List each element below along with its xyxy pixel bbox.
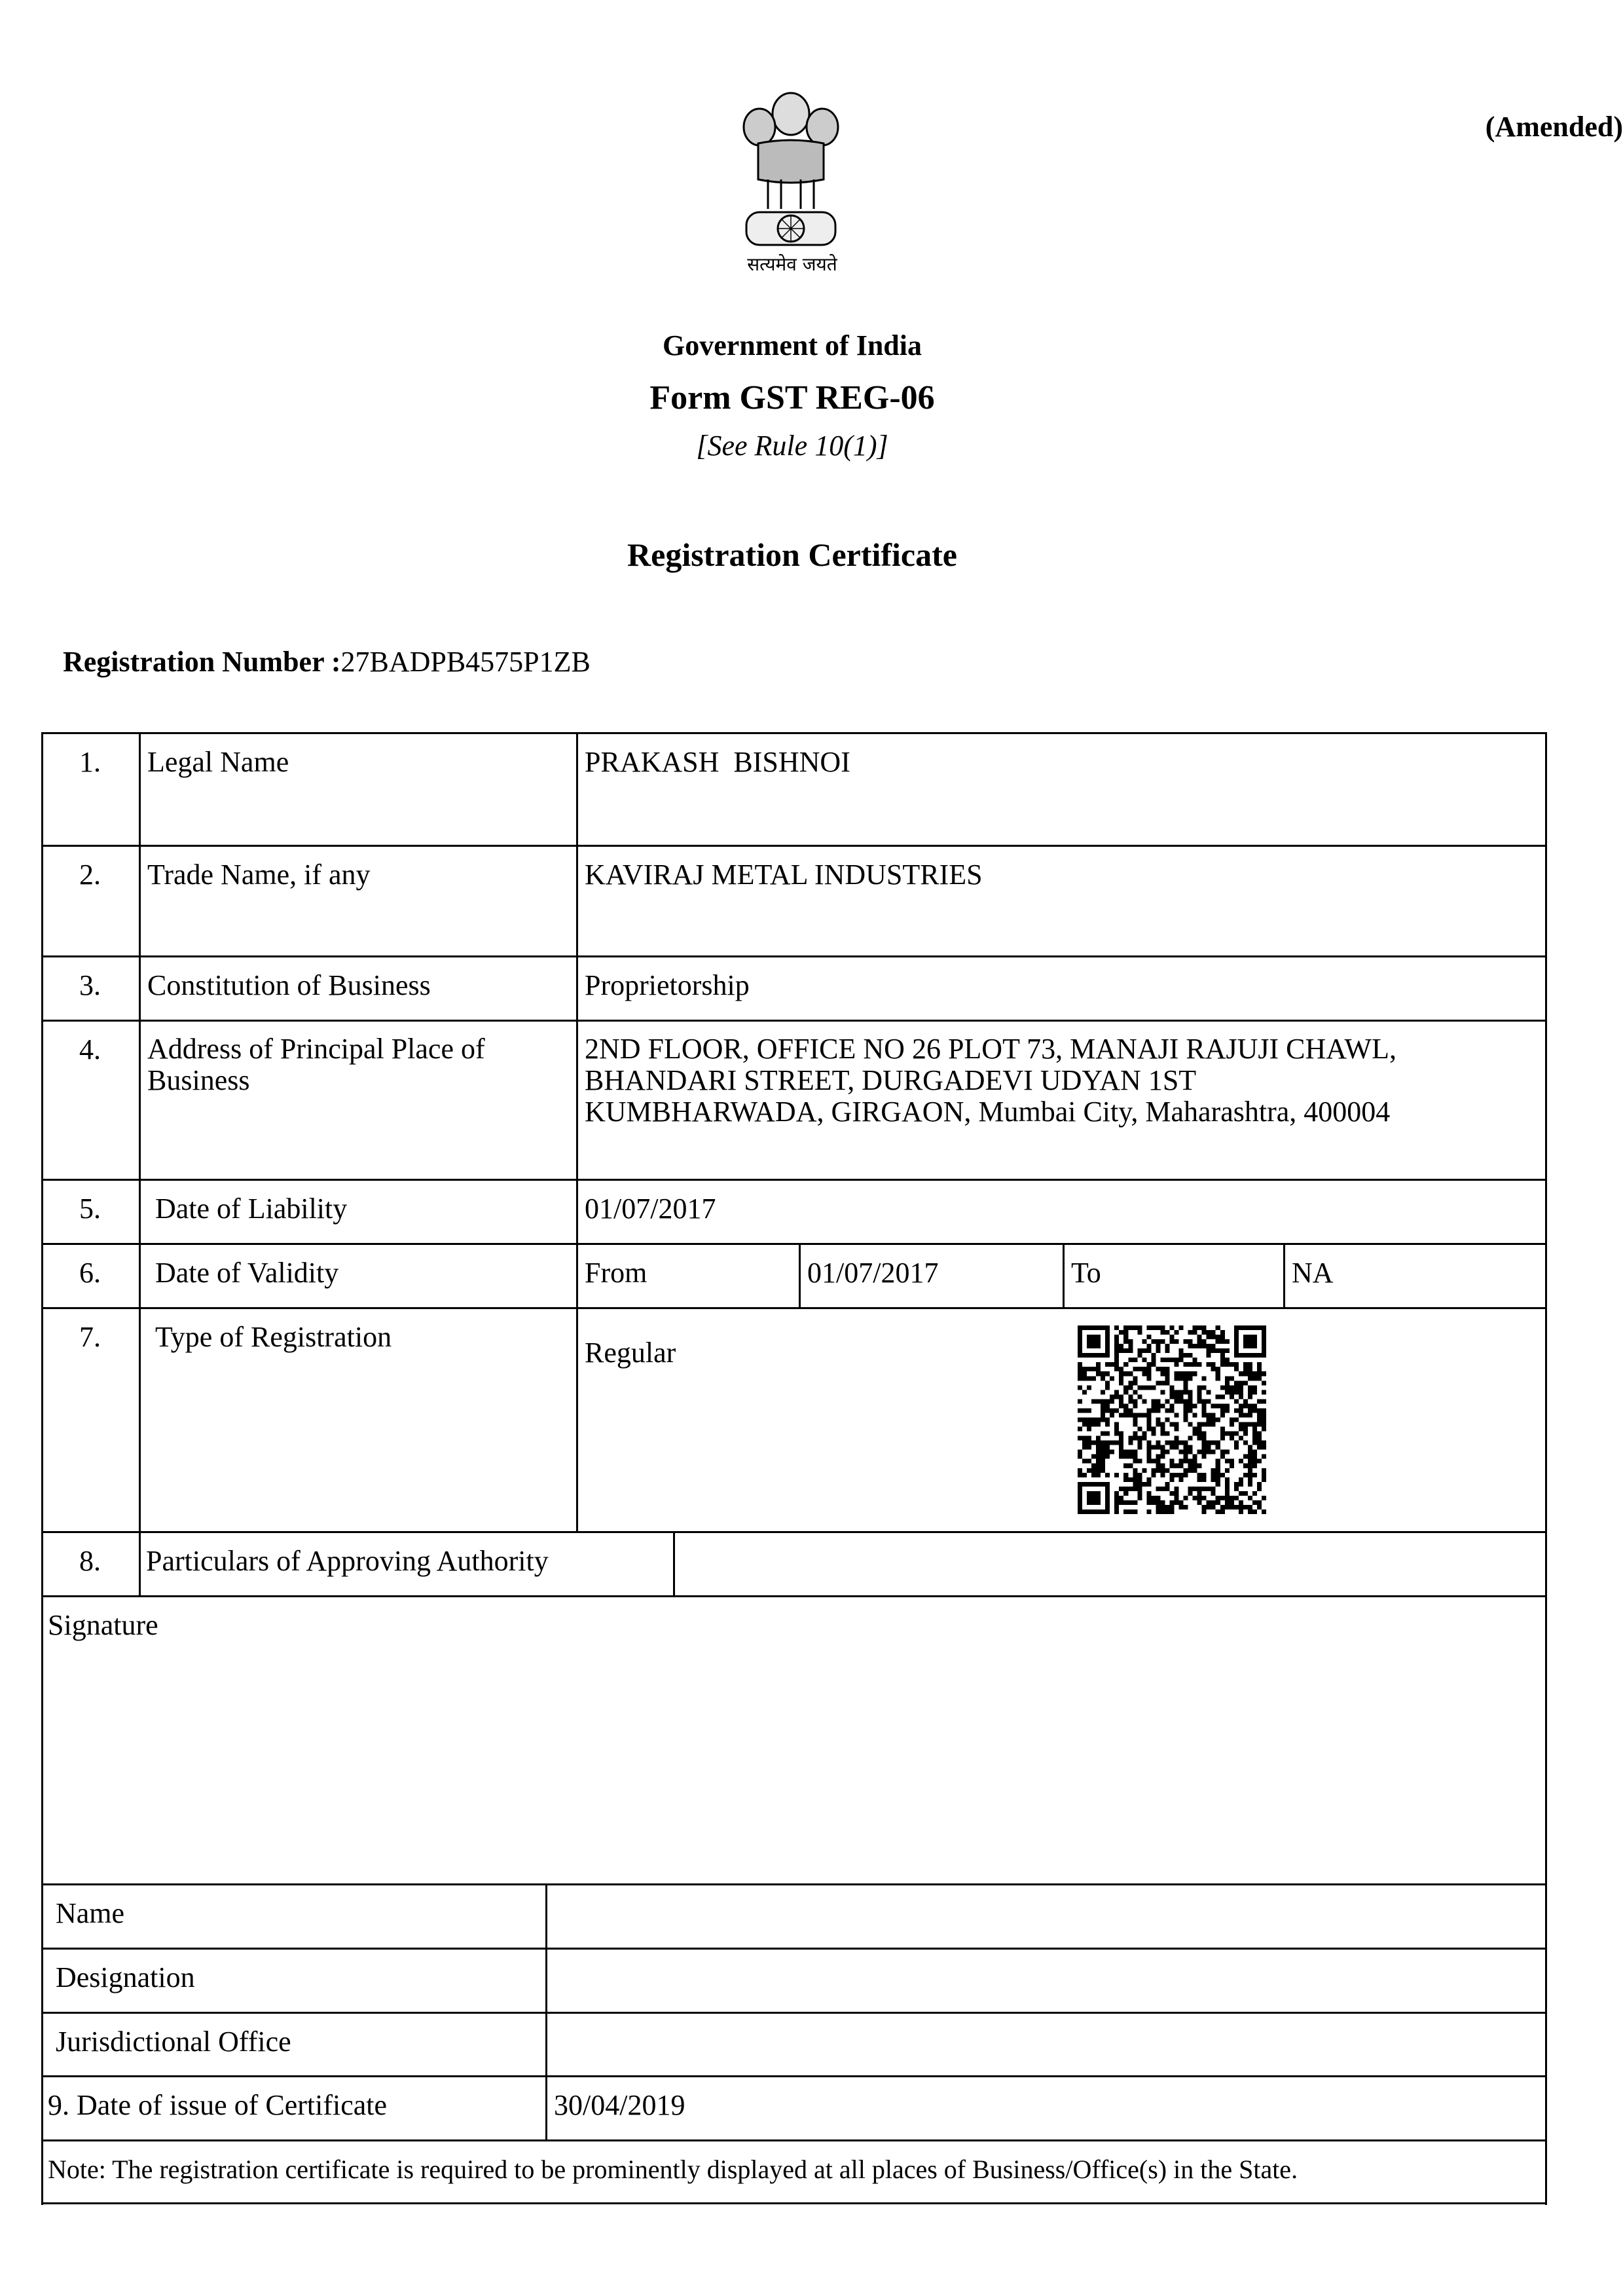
row-number: 7. — [41, 1309, 139, 1531]
validity-from-label: From — [576, 1245, 799, 1307]
table-row-constitution: 3. Constitution of Business Proprietorsh… — [41, 955, 1547, 1020]
address-line-2: BHANDARI STREET, DURGADEVI UDYAN 1ST — [585, 1065, 1547, 1096]
address-line-1: 2ND FLOOR, OFFICE NO 26 PLOT 73, MANAJI … — [585, 1033, 1547, 1065]
table-row-date-of-validity: 6. Date of Validity From 01/07/2017 To N… — [41, 1243, 1547, 1307]
table-row-authority-name: Name — [41, 1883, 1547, 1948]
table-row-approving-authority: 8. Particulars of Approving Authority — [41, 1531, 1547, 1595]
registration-type-value: Regular — [576, 1309, 1547, 1531]
registration-number-label: Registration Number : — [63, 646, 340, 678]
row-number: 2. — [41, 847, 139, 955]
row-number: 4. — [41, 1022, 139, 1179]
date-of-liability-value: 01/07/2017 — [576, 1181, 1547, 1243]
approving-authority-value — [673, 1533, 1547, 1595]
table-row-address: 4. Address of Principal Place of Busines… — [41, 1020, 1547, 1179]
row-number: 1. — [41, 734, 139, 845]
amended-label: (Amended) — [1486, 110, 1623, 143]
signature-block: Signature — [41, 1595, 1547, 1883]
government-heading: Government of India — [0, 329, 1584, 362]
authority-name-value — [545, 1885, 1547, 1948]
row-label: Trade Name, if any — [139, 847, 576, 955]
signature-label: Signature — [41, 1597, 1547, 1883]
row-label: Particulars of Approving Authority — [139, 1533, 673, 1595]
address-line-3: KUMBHARWADA, GIRGAON, Mumbai City, Mahar… — [585, 1096, 1547, 1128]
row-number: 5. — [41, 1181, 139, 1243]
row-number: 8. — [41, 1533, 139, 1595]
emblem-motto: सत्यमेव जयते — [714, 251, 871, 276]
legal-name-value: PRAKASH BISHNOI — [576, 734, 1547, 845]
constitution-value: Proprietorship — [576, 957, 1547, 1020]
table-row-legal-name: 1. Legal Name PRAKASH BISHNOI — [41, 732, 1547, 845]
rule-reference: [See Rule 10(1)] — [0, 429, 1584, 462]
table-row-jurisdictional-office: Jurisdictional Office — [41, 2012, 1547, 2075]
table-row-note: Note: The registration certificate is re… — [41, 2139, 1547, 2204]
validity-to-label: To — [1063, 1245, 1283, 1307]
row-label: Address of Principal Place of Business — [139, 1022, 576, 1179]
table-row-trade-name: 2. Trade Name, if any KAVIRAJ METAL INDU… — [41, 845, 1547, 955]
row-label: Constitution of Business — [139, 957, 576, 1020]
row-label: Type of Registration — [139, 1309, 576, 1531]
row-number: 6. — [41, 1245, 139, 1307]
certificate-title: Registration Certificate — [0, 536, 1584, 574]
registration-number-value: 27BADPB4575P1ZB — [340, 646, 590, 678]
trade-name-value: KAVIRAJ METAL INDUSTRIES — [576, 847, 1547, 955]
authority-designation-value — [545, 1950, 1547, 2012]
date-of-issue-value: 30/04/2019 — [545, 2077, 1547, 2139]
form-title: Form GST REG-06 — [0, 379, 1584, 417]
jurisdictional-office-label: Jurisdictional Office — [41, 2014, 545, 2075]
validity-from-value: 01/07/2017 — [799, 1245, 1063, 1307]
date-of-issue-label: 9. Date of issue of Certificate — [41, 2077, 545, 2139]
table-row-date-of-liability: 5. Date of Liability 01/07/2017 — [41, 1179, 1547, 1243]
national-emblem-icon — [732, 81, 850, 258]
authority-name-label: Name — [41, 1885, 545, 1948]
row-label: Date of Liability — [139, 1181, 576, 1243]
table-row-date-of-issue: 9. Date of issue of Certificate 30/04/20… — [41, 2075, 1547, 2139]
table-row-type-of-registration: 7. Type of Registration Regular — [41, 1307, 1547, 1531]
jurisdictional-office-value — [545, 2014, 1547, 2075]
qr-code-icon — [1078, 1325, 1266, 1514]
validity-to-value: NA — [1283, 1245, 1547, 1307]
authority-designation-label: Designation — [41, 1950, 545, 2012]
display-note: Note: The registration certificate is re… — [41, 2141, 1547, 2202]
row-label: Date of Validity — [139, 1245, 576, 1307]
row-number: 3. — [41, 957, 139, 1020]
row-label: Legal Name — [139, 734, 576, 845]
table-row-authority-designation: Designation — [41, 1948, 1547, 2012]
address-value: 2ND FLOOR, OFFICE NO 26 PLOT 73, MANAJI … — [576, 1022, 1547, 1179]
registration-number: Registration Number :27BADPB4575P1ZB — [63, 645, 591, 678]
